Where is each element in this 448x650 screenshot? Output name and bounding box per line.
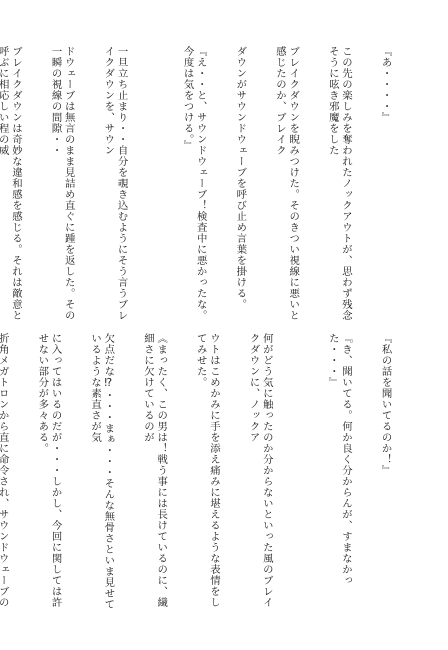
- text-line: この先の楽しみを奪われたノックアウトが、思わず残念そうに呟き邪魔をした: [326, 46, 352, 322]
- text-line: に入ってはいるのだが・・・しかし、今回に関しては許せない部分が多々ある。: [35, 333, 61, 613]
- text-line: ドウェーブは無言のまま見詰め直ぐに踵を返した。その一瞬の視線の間隙・・: [48, 46, 74, 322]
- text-line: 何がどう気に触ったのか分からないといった風のブレイクダウンに、ノックア: [246, 333, 272, 613]
- text-block-top: 『あ・・・・』 この先の楽しみを奪われたノックアウトが、思わず残念そうに呟き邪魔…: [48, 46, 418, 322]
- text-line: 『え・・と、サウンドウェーブ！検査中に悪かったな。今度は気をつける。』: [180, 46, 206, 322]
- text-line: 一旦立ち止まり・・自分を覗き込むようにそう言うブレイクダウンを、サウン: [101, 46, 127, 322]
- text-line: 《まったく、この男は！戦う事には長けているのに、繊細さに欠けているのが: [141, 333, 167, 613]
- text-line: 『き、聞いてる。何か良く分からんが、すまなかった・・・』: [326, 333, 352, 613]
- text-block-bottom: 『私の話を聞いてるのか！』 『き、聞いてる。何か良く分からんが、すまなかった・・…: [48, 333, 418, 613]
- text-line: 欠点だな⁉・・・まぁ・・・そんな無骨さといま見せているような素直さが気: [88, 333, 114, 613]
- text-line: 折角メガトロンから直に命令され、サウンドウェーブのバイザーの下をじっく: [0, 333, 9, 613]
- text-line: ダウンがサウンドウェーブを呼び止め言葉を掛ける。: [233, 46, 246, 322]
- text-line: 『私の話を聞いてるのか！』: [378, 333, 391, 613]
- text-line: ブレイクダウンは奇妙な違和感を感じる。それは敵意と呼ぶに相応しい程の威: [0, 46, 22, 322]
- text-line: 『あ・・・・』: [378, 46, 391, 322]
- text-line: ブレイクダウンを睨みつけた。そのきつい視線に悪いと感じたのか、ブレイク: [273, 46, 299, 322]
- novel-page: 『あ・・・・』 この先の楽しみを奪われたノックアウトが、思わず残念そうに呟き邪魔…: [0, 0, 448, 650]
- text-line: ウトはこめかみに手を添え痛みに堪えるような表情をしてみせた。: [194, 333, 220, 613]
